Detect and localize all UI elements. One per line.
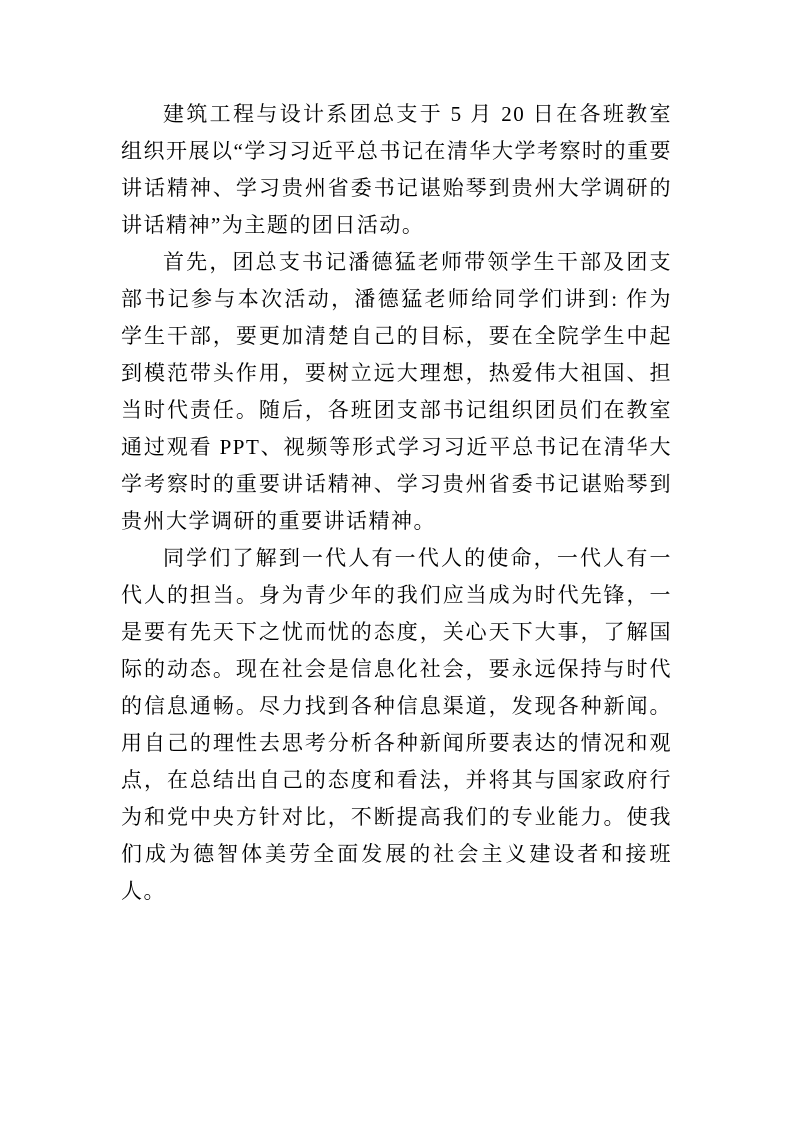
document-page: 建筑工程与设计系团总支于 5 月 20 日在各班教室组织开展以“学习习近平总书记… <box>0 0 793 1122</box>
document-body: 建筑工程与设计系团总支于 5 月 20 日在各班教室组织开展以“学习习近平总书记… <box>121 96 672 910</box>
paragraph-activity-reflection: 同学们了解到一代人有一代人的使命，一代人有一代人的担当。身为青少年的我们应当成为… <box>121 540 672 910</box>
paragraph-activity-intro: 建筑工程与设计系团总支于 5 月 20 日在各班教室组织开展以“学习习近平总书记… <box>121 96 672 244</box>
paragraph-activity-process: 首先，团总支书记潘德猛老师带领学生干部及团支部书记参与本次活动，潘德猛老师给同学… <box>121 244 672 540</box>
